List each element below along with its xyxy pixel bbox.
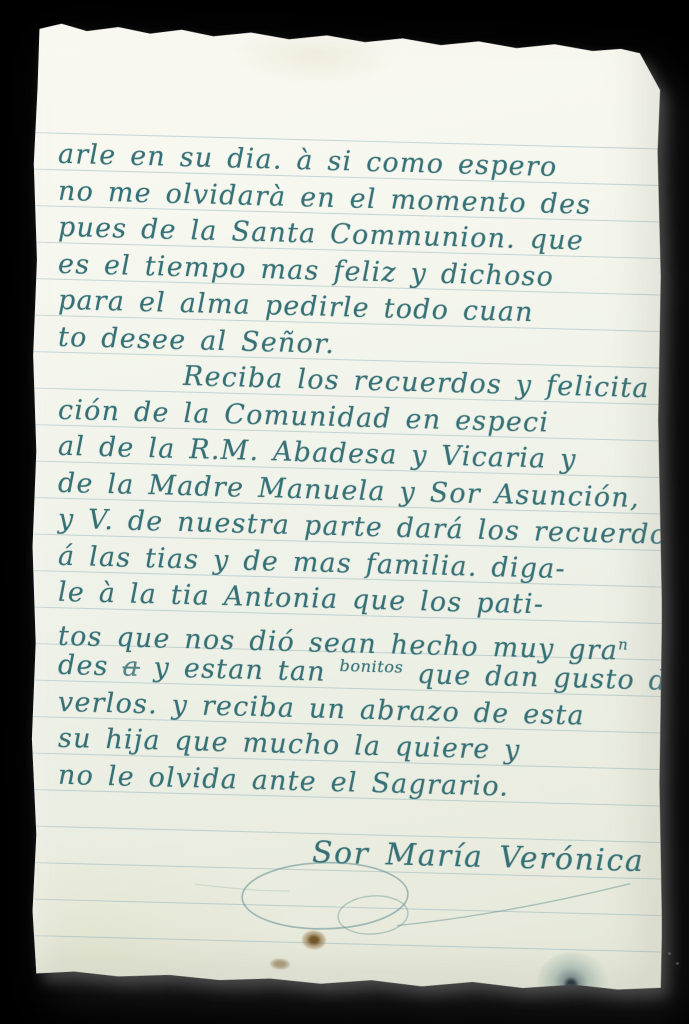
letter-text: des: [58, 650, 123, 683]
signature: Sor María Verónica: [312, 835, 644, 879]
brown-stain-small: [270, 958, 290, 970]
paper-sheet: arle en su dia. à si como esperono me ol…: [30, 20, 662, 995]
ink-smudge: [538, 951, 610, 1011]
inserted-word: bonitos: [340, 656, 404, 677]
letter-text: to desee al Señor.: [58, 321, 335, 359]
letter-text: que dan gusto de: [403, 659, 684, 697]
brown-stain: [302, 930, 326, 950]
dust-speck: [676, 962, 679, 965]
scan-background: arle en su dia. à si como esperono me ol…: [0, 0, 689, 1024]
letter-page: arle en su dia. à si como esperono me ol…: [30, 20, 662, 995]
letter-text: y estan tan: [140, 652, 340, 688]
letter-text: a: [123, 651, 140, 682]
letter-body: arle en su dia. à si como esperono me ol…: [58, 137, 646, 809]
dust-speck: [668, 952, 671, 955]
letter-text: n: [618, 635, 629, 653]
